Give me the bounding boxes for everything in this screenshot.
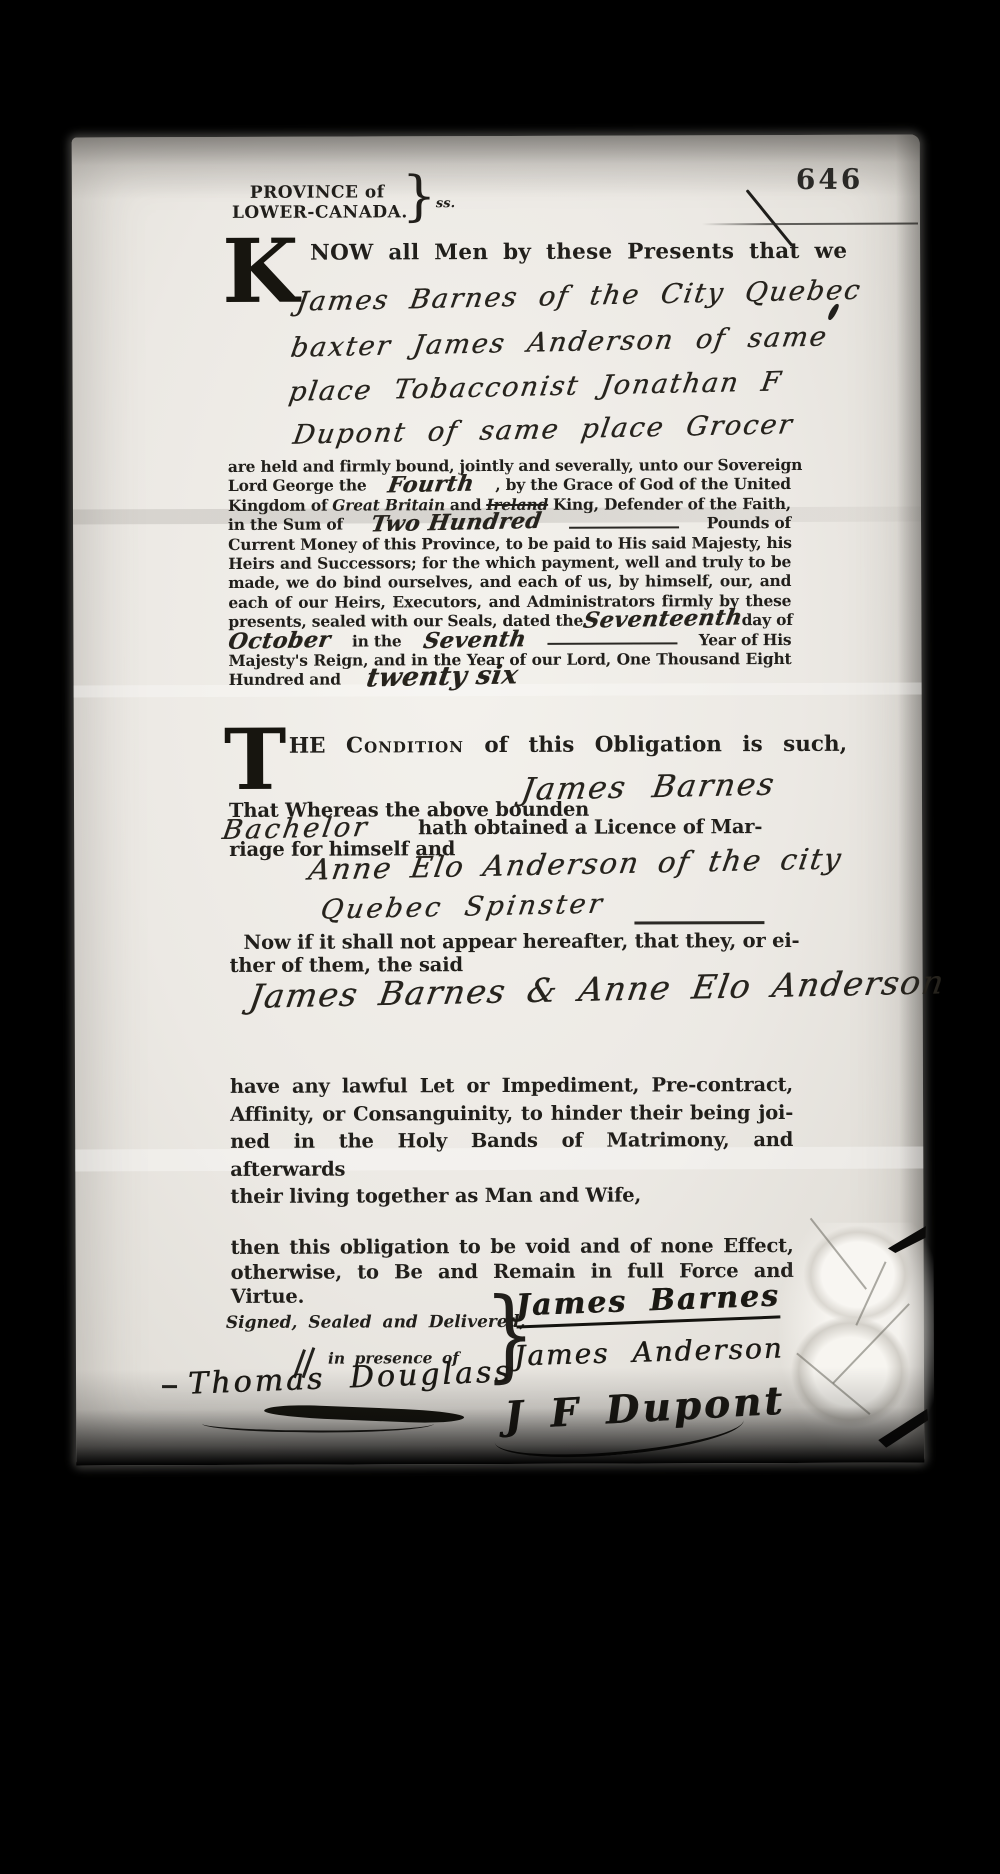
folio-underline — [702, 223, 918, 226]
bond-text: day of — [742, 610, 793, 630]
bond-text: , by the Grace of God of the United — [495, 474, 791, 494]
now-line-1: Now if it shall not appear hereafter, th… — [229, 929, 792, 954]
paragraph-line: their living together as Man and Wife, — [230, 1181, 793, 1211]
bond-line: Current Money of this Province, to be pa… — [228, 533, 791, 554]
handwritten-regnal-year: Seventh — [423, 639, 526, 641]
bond-line: made, we do bind ourselves, and each of … — [228, 571, 791, 592]
paragraph-line: Affinity, or Consanguinity, to hinder th… — [230, 1099, 793, 1129]
bond-text: Kingdom of — [228, 495, 328, 515]
header-brace: } — [402, 164, 437, 227]
condition-heading: HE Condition of this Obligation is such, — [289, 732, 847, 759]
bond-text: Pounds of — [707, 513, 791, 533]
party-line: place Tobacconist Jonathan F — [287, 366, 785, 407]
header: PROVINCE of LOWER-CANADA. — [232, 182, 408, 223]
pen-dash — [547, 643, 677, 645]
condition-heading-rest: of this Obligation is such, — [484, 732, 847, 758]
scan-bottom-fade — [76, 1367, 924, 1466]
bond-line: Hundred and twenty six — [229, 668, 792, 689]
bond-clause: are held and firmly bound, jointly and s… — [228, 455, 792, 690]
bond-line: Heirs and Successors; for the which paym… — [228, 552, 791, 573]
bond-text: in the — [352, 631, 402, 651]
bond-line: are held and firmly bound, jointly and s… — [228, 455, 791, 476]
party-line: baxter James Anderson of same — [288, 321, 830, 363]
handwritten-day: Seventeenth — [583, 618, 742, 621]
handwritten-sum: Two Hundred — [371, 521, 541, 525]
closing-line: then this obligation to be void and of n… — [231, 1234, 794, 1261]
dropcap-K: K — [222, 237, 299, 306]
document-page: PROVINCE of LOWER-CANADA. } ss. 646 K NO… — [72, 135, 925, 1466]
bond-text: King, Defender of the Faith, — [553, 494, 791, 514]
opening-heading: NOW all Men by these Presents that we — [310, 239, 847, 266]
condition-heading-word: Condition — [346, 733, 464, 758]
bond-line: October in the Seventh Year of His — [228, 629, 791, 650]
seal-crease — [855, 1261, 886, 1325]
folio-number: 646 — [796, 163, 864, 196]
paragraph-line: ned in the Holy Bands of Matrimony, and … — [230, 1126, 793, 1183]
party-line: Dupont of same place Grocer — [291, 409, 796, 450]
pen-dash — [634, 921, 764, 924]
handwritten-bride-line-2: Quebec Spinster — [318, 889, 606, 926]
condition-heading-he: HE — [289, 734, 326, 759]
pen-dash — [569, 526, 679, 528]
bond-text: Hundred and — [229, 670, 341, 690]
bond-text: Lord George the — [228, 476, 367, 496]
signed-sealed-label: Signed, Sealed and Delivered, — [226, 1312, 526, 1333]
handwritten-year: twenty six — [367, 676, 518, 679]
licence-line-1: hath obtained a Licence of Mar- — [418, 815, 762, 839]
dropcap-T: T — [224, 727, 287, 793]
handwritten-month: October — [228, 639, 330, 641]
bond-line: Lord George the Fourth , by the Grace of… — [228, 474, 791, 495]
scan-top-shadow — [72, 135, 920, 200]
ss-abbreviation: ss. — [436, 196, 455, 211]
bond-line: in the Sum of Two Hundred Pounds of — [228, 513, 791, 534]
jurisdiction-line-1: PROVINCE of — [232, 182, 408, 203]
seal-ink-mark — [888, 1223, 931, 1259]
paragraph-line: have any lawful Let or Impediment, Pre-c… — [230, 1071, 793, 1101]
party-line: James Barnes of the City Quebec — [294, 275, 864, 318]
handwritten-groom-name: James Barnes — [519, 767, 778, 808]
impediment-paragraph: have any lawful Let or Impediment, Pre-c… — [230, 1071, 793, 1211]
bond-text: Year of His — [699, 629, 792, 649]
seal-crease — [810, 1218, 867, 1290]
handwritten-regnal-name: Fourth — [388, 484, 474, 486]
bond-text: in the Sum of — [228, 515, 343, 535]
